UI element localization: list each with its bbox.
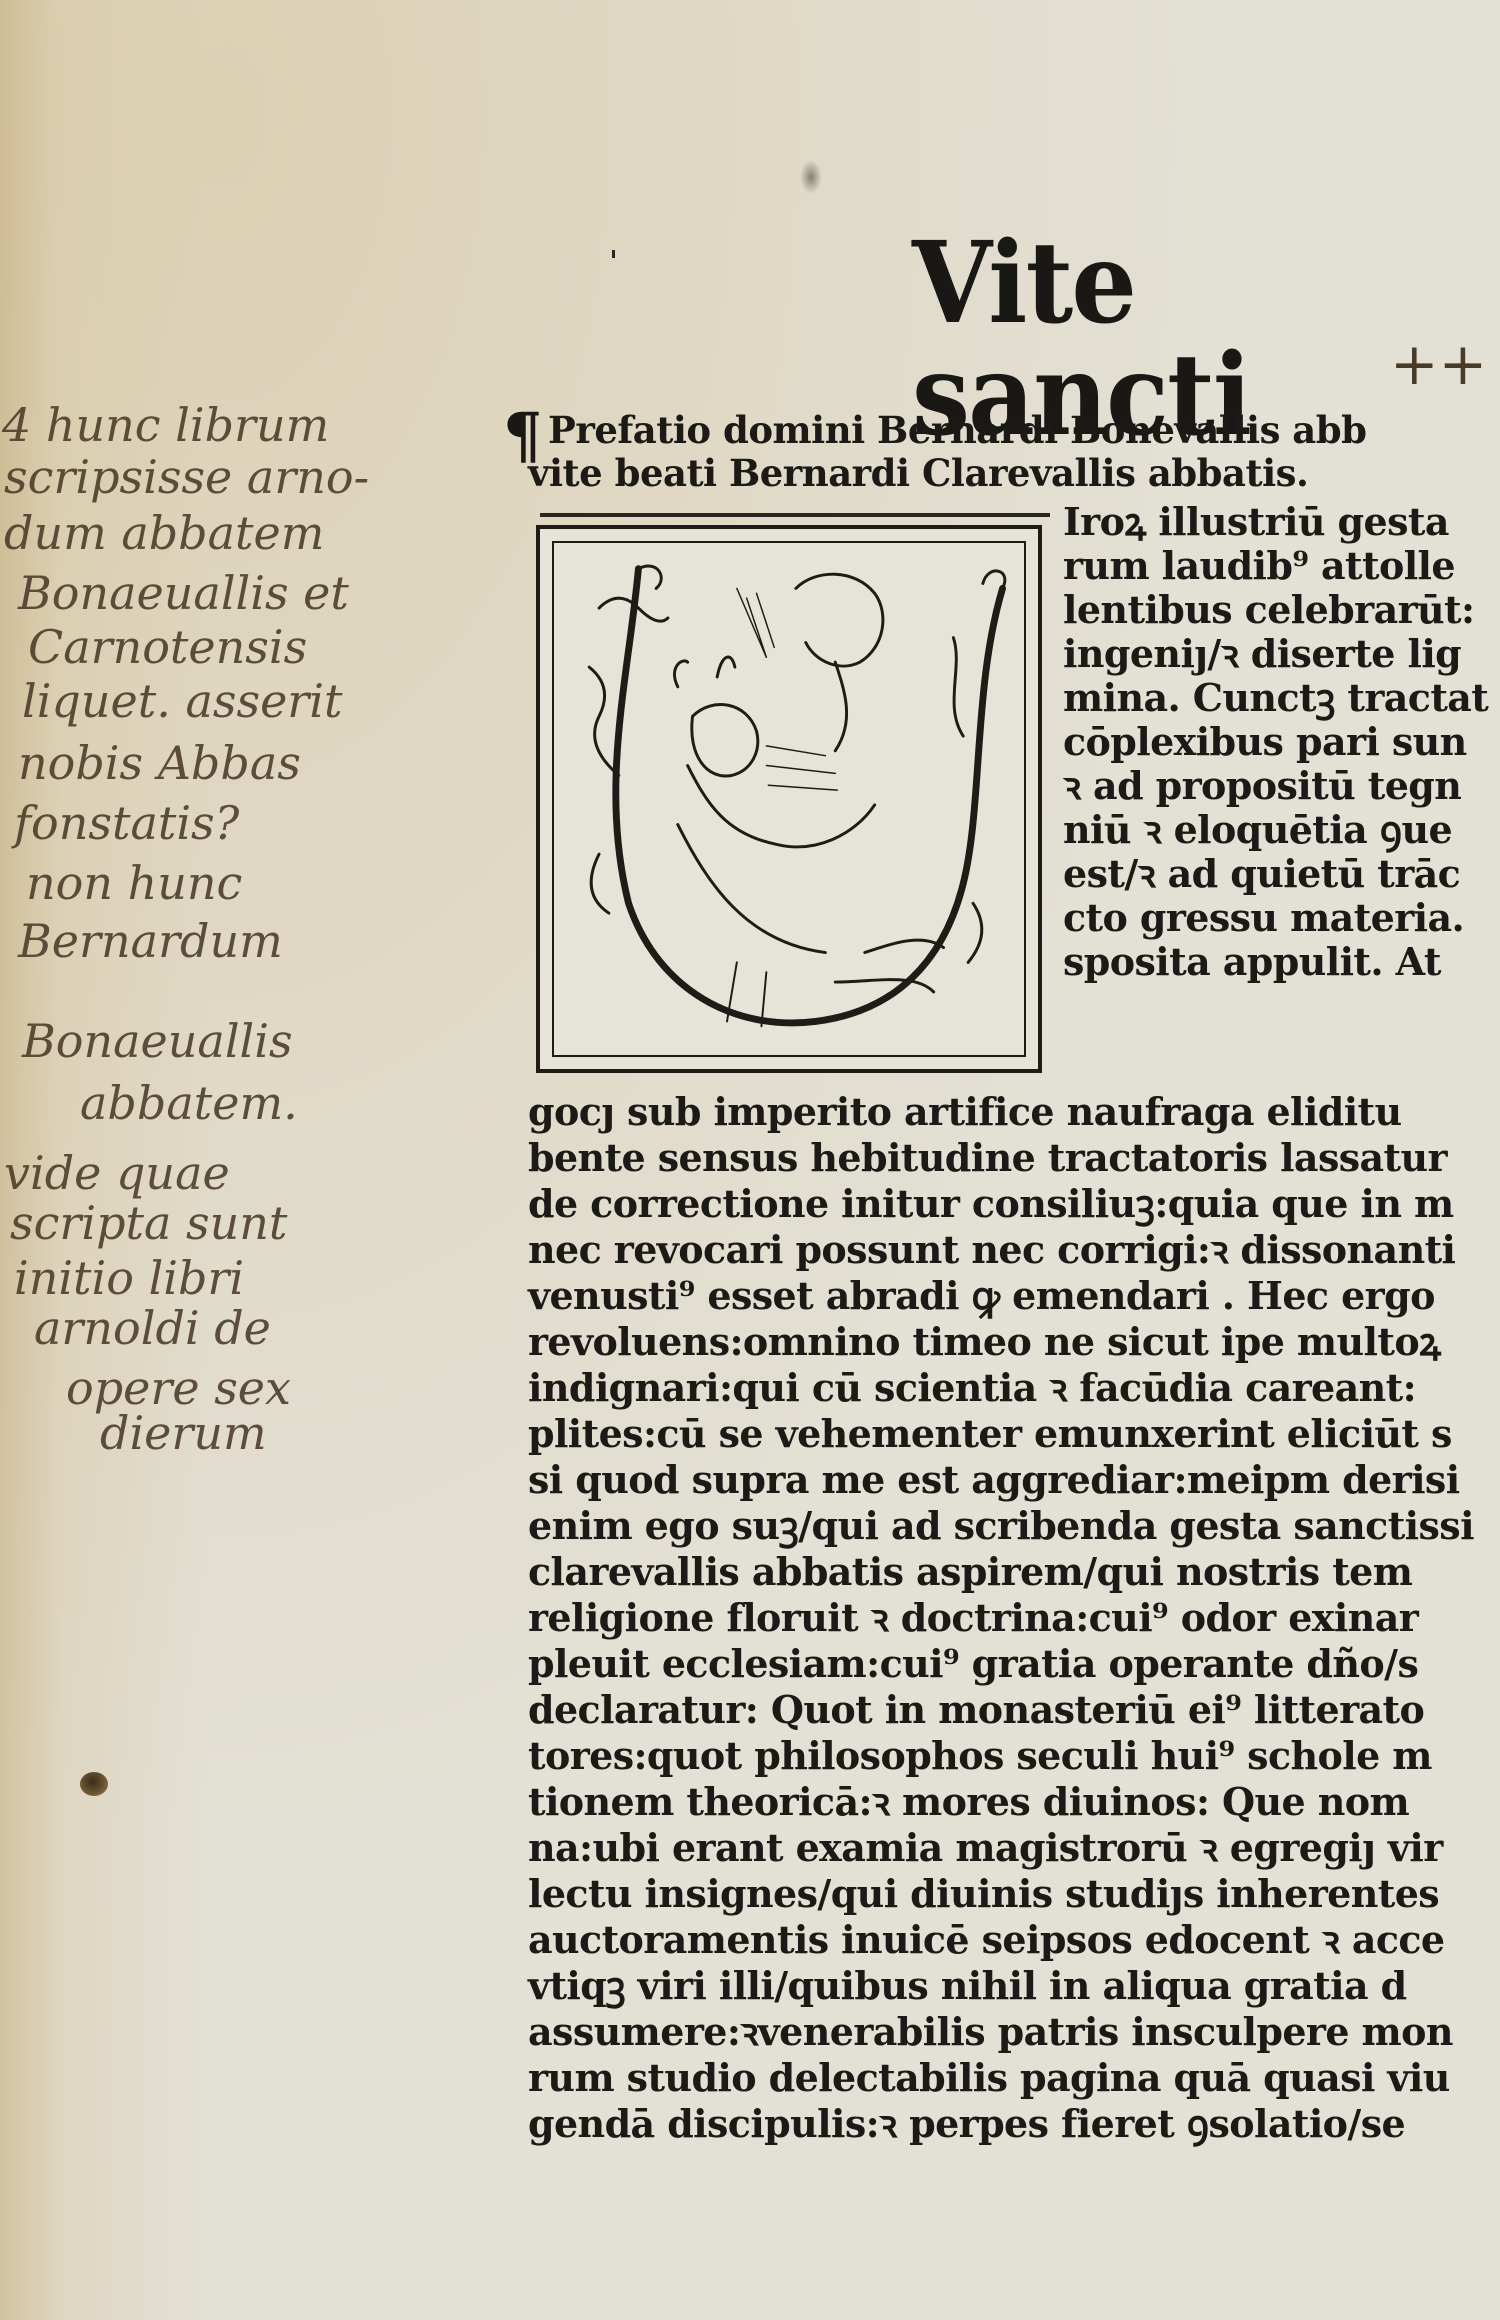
text-line: lectu insignes/qui diuinis studiȷs inher… — [528, 1875, 1439, 1913]
annotation-mark: ++ — [1390, 335, 1487, 393]
text-line: auctoramentis inuicē seipsos edocent ꝛ a… — [528, 1921, 1445, 1959]
marginal-note: 4 hunc librum — [2, 402, 329, 448]
text-line: tionem theoricā:ꝛ mores diuinos: Que nom — [528, 1783, 1409, 1821]
text-line: declaratur: Quot in monasteriū ei⁹ litte… — [528, 1691, 1424, 1729]
marginal-note: Carnotensis — [28, 624, 307, 670]
marginal-note: non hunc — [26, 860, 242, 906]
marginal-note: dierum — [100, 1410, 267, 1456]
text-line: plites:cū se vehementer emunxerint elici… — [528, 1415, 1452, 1453]
text-line: gendā discipulis:ꝛ perpes fieret ꝯsolati… — [528, 2105, 1405, 2143]
text-line: nec revocari possunt nec corrigi:ꝛ disso… — [528, 1231, 1455, 1269]
text-line: clarevallis abbatis aspirem/qui nostris … — [528, 1553, 1412, 1591]
preface-heading-line-1: Prefatio domini Bernardi Bonevallis abb — [548, 412, 1367, 449]
text-line: niū ꝛ eloquētia ꝯue — [1063, 811, 1452, 849]
text-line: rum laudib⁹ attolle — [1063, 547, 1455, 585]
text-line: enim ego suꝫ/qui ad scribenda gesta sanc… — [528, 1507, 1474, 1545]
text-line: rum studio delectabilis pagina quā quasi… — [528, 2059, 1450, 2097]
text-line: tores:quot philosophos seculi hui⁹ schol… — [528, 1737, 1432, 1775]
marginal-note: liquet. asserit — [22, 678, 343, 724]
text-line: na:ubi erant examia magistrorū ꝛ egregiȷ… — [528, 1829, 1443, 1867]
text-line: pleuit ecclesiam:cui⁹ gratia operante dñ… — [528, 1645, 1418, 1683]
text-line: lentibus celebrarūt: — [1063, 591, 1474, 629]
woodcut-initial — [536, 525, 1042, 1073]
marginal-note: opere sex — [66, 1365, 291, 1411]
text-line: cōplexibus pari sun — [1063, 723, 1467, 761]
wormhole — [80, 1772, 108, 1796]
text-line: de correctione initur consiliuꝫ:quia que… — [528, 1185, 1454, 1223]
marginal-note: Bernardum — [18, 918, 283, 964]
ink-smudge — [800, 160, 822, 194]
text-line: indignari:qui cū scientia ꝛ facūdia care… — [528, 1369, 1416, 1407]
preface-heading-line-2: vite beati Bernardi Clarevallis abbatis. — [528, 455, 1308, 492]
marginal-note: Bonaeuallis — [22, 1018, 293, 1064]
text-line: vtiqꝫ viri illi/quibus nihil in aliqua g… — [528, 1967, 1407, 2005]
marginal-note: initio libri — [14, 1255, 244, 1301]
text-line: cto gressu materia. — [1063, 899, 1464, 937]
marginal-note: nobis Abbas — [18, 740, 301, 786]
divider-rule — [540, 513, 1050, 517]
text-line: assumere:ꝛvenerabilis patris insculpere … — [528, 2013, 1453, 2051]
text-line: venusti⁹ esset abradi ꝙ emendari . Hec e… — [528, 1277, 1435, 1315]
text-line: sposita appulit. At — [1063, 943, 1441, 981]
text-line: ꝛ ad propositū tegn — [1063, 767, 1461, 805]
marginal-note: vide quae — [4, 1150, 230, 1196]
book-page: Vite sancti ++ ¶ Prefatio domini Bernard… — [0, 0, 1500, 2320]
text-line: si quod supra me est aggrediar:meipm der… — [528, 1461, 1460, 1499]
text-line: gocȷ sub imperito artifice naufraga elid… — [528, 1093, 1402, 1131]
marginal-note: scripta sunt — [10, 1200, 287, 1246]
woodcut-illustration-icon — [540, 529, 1038, 1069]
ink-dot — [612, 250, 615, 258]
text-line: Iroꝝ illustriū gesta — [1063, 503, 1449, 541]
marginal-note: scripsisse arno- — [4, 454, 369, 500]
marginal-note: arnoldi de — [34, 1305, 271, 1351]
text-line: est/ꝛ ad quietū trāc — [1063, 855, 1460, 893]
marginal-note: dum abbatem — [4, 510, 324, 556]
text-line: bente sensus hebitudine tractatoris lass… — [528, 1139, 1447, 1177]
text-line: revoluens:omnino timeo ne sicut ipe mult… — [528, 1323, 1440, 1361]
text-line: ingeniȷ/ꝛ diserte lig — [1063, 635, 1461, 673]
marginal-note: abbatem. — [80, 1080, 298, 1126]
marginal-note: fonstatis? — [14, 800, 239, 846]
text-line: mina. Cunctꝫ tractat — [1063, 679, 1488, 717]
marginal-note: Bonaeuallis et — [18, 570, 349, 616]
text-line: religione floruit ꝛ doctrina:cui⁹ odor e… — [528, 1599, 1418, 1637]
